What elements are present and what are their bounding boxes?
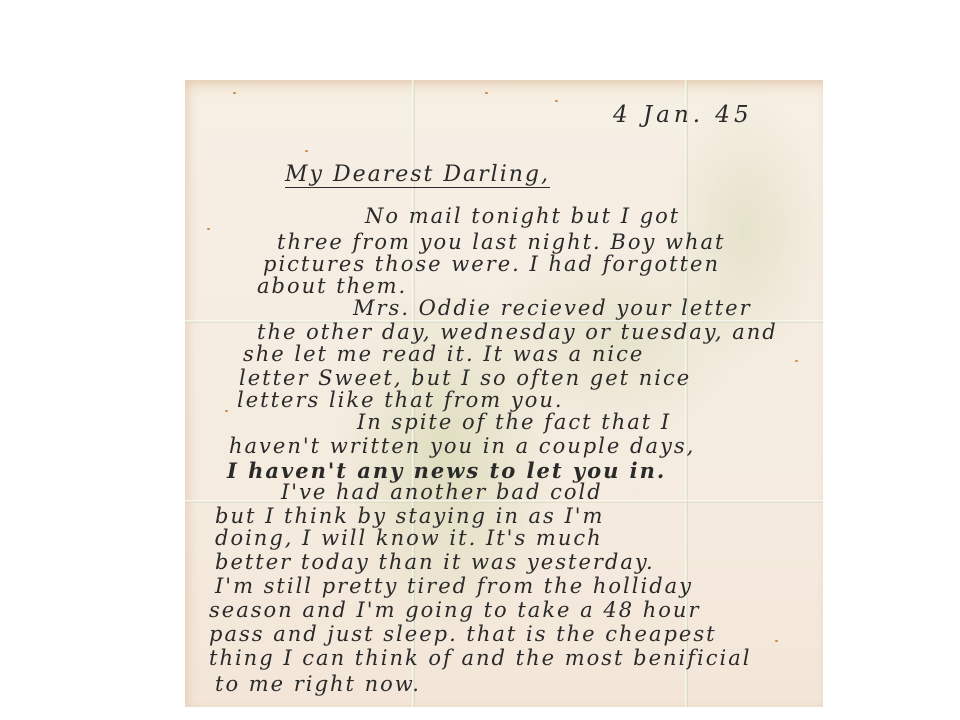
letter-line: three from you last night. Boy what <box>277 230 725 254</box>
letter-line: haven't written you in a couple days, <box>229 434 695 458</box>
letter-line: letter Sweet, but I so often get nice <box>239 366 691 390</box>
paper-speck <box>233 92 236 94</box>
letter-line: thing I can think of and the most benifi… <box>209 646 751 670</box>
letter-line: letters like that from you. <box>237 388 564 412</box>
letter-line: No mail tonight but I got <box>365 204 680 228</box>
letter-salutation: My Dearest Darling, <box>285 162 550 187</box>
letter-line: Mrs. Oddie recieved your letter <box>353 296 752 320</box>
letter-date: 4 Jan. 45 <box>613 102 753 128</box>
letter-line: season and I'm going to take a 48 hour <box>209 598 700 622</box>
letter-line: pass and just sleep. that is the cheapes… <box>209 622 717 646</box>
letter-line: the other day, wednesday or tuesday, and <box>257 320 778 344</box>
paper-speck <box>207 228 210 230</box>
letter-line: doing, I will know it. It's much <box>215 526 603 550</box>
letter-line: she let me read it. It was a nice <box>243 342 644 366</box>
paper-speck <box>225 410 228 412</box>
paper-speck <box>775 640 778 642</box>
letter-page: 4 Jan. 45 My Dearest Darling, No mail to… <box>185 80 823 707</box>
paper-speck <box>305 150 308 152</box>
letter-line: I've had another bad cold <box>281 480 603 504</box>
paper-speck <box>795 360 798 362</box>
letter-line: better today than it was yesterday. <box>215 550 655 574</box>
letter-line: about them. <box>257 274 407 298</box>
paper-speck <box>485 92 488 94</box>
letter-line: I'm still pretty tired from the holliday <box>215 574 693 598</box>
letter-line: pictures those were. I had forgotten <box>263 252 720 276</box>
paper-speck <box>555 100 558 102</box>
letter-line: In spite of the fact that I <box>357 410 671 434</box>
letter-line: but I think by staying in as I'm <box>215 504 604 528</box>
letter-line: to me right now. <box>215 672 421 696</box>
